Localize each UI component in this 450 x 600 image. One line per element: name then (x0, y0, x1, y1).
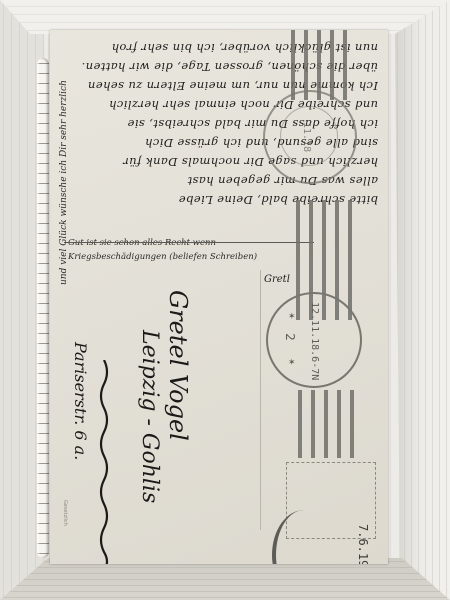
message-line: bitte schreibe bald, Deine Liebe (58, 190, 378, 209)
postmark-star-icon: ✶ (288, 312, 296, 322)
address-city: Leipzig - Gohlis (137, 330, 162, 503)
divider-rule (64, 242, 314, 243)
cancellation-bar (324, 390, 328, 458)
postmark-lower-date: 12.11.18.6-7N (309, 302, 320, 380)
beaded-moulding (37, 58, 49, 558)
postcard: bitte schreibe bald, Deine Liebe alles w… (50, 30, 388, 564)
note-below-rule: Kriegsbeschädigungen (beliefen Schreiben… (68, 252, 257, 262)
postmark-number: 2 (283, 333, 297, 341)
cancellation-bar (348, 200, 352, 320)
cancellation-bar (350, 390, 354, 458)
postmark-star-icon: ✶ (288, 358, 296, 368)
postmark-fragment: 7.6.19 (356, 524, 370, 564)
address-street: Pariserstr. 6 a. (71, 342, 90, 460)
cancellation-bar (311, 390, 315, 458)
closing-signature: Gretl (264, 274, 290, 285)
cancellation-bar (291, 30, 295, 100)
cancellation-bar (317, 30, 321, 100)
address-name: Gretel Vogel (164, 290, 192, 441)
cancellation-bar (337, 390, 341, 458)
cancellation-bar (343, 30, 347, 100)
underline-flourish (96, 360, 112, 564)
postmark-upper-date: 11.18 (301, 122, 312, 152)
publisher-mark: Gesetzlich (62, 500, 68, 526)
frame-bottom-rail (0, 558, 450, 600)
cancellation-bar (298, 390, 302, 458)
frame-top-rail (0, 0, 450, 34)
address-divider (260, 270, 261, 530)
left-margin-note: und viel Glück wünsche ich Dir sehr herz… (59, 85, 69, 285)
crossed-line: Gut ist sie schon alles Recht wenn (68, 238, 216, 248)
cancellation-bar (330, 30, 334, 100)
